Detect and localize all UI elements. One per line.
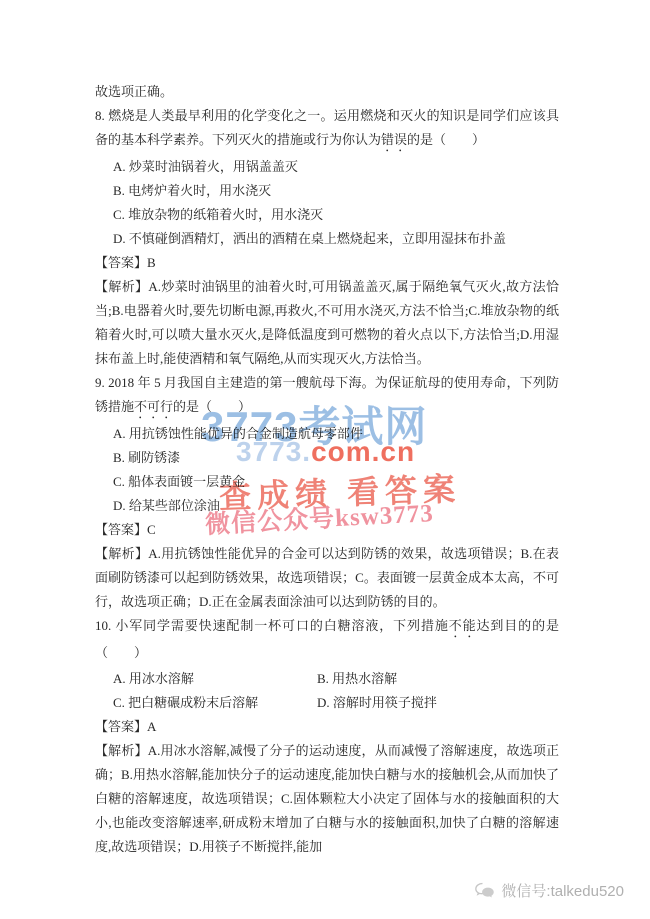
- question-9-option-b: B. 刷防锈漆: [95, 446, 559, 470]
- question-8-option-d: D. 不慎碰倒酒精灯，洒出的酒精在桌上燃烧起来，立即用湿抹布扑盖: [95, 227, 559, 251]
- text-run: 【答案】A: [95, 719, 156, 734]
- option: C. 把白糖碾成粉末后溶解: [113, 691, 317, 715]
- question-10-stem: 10. 小军同学需要快速配制一杯可口的白糖溶液，下列措施不能达到目的的是（ ）: [95, 614, 559, 665]
- option-row: C. 把白糖碾成粉末后溶解D. 溶解时用筷子搅拌: [113, 691, 559, 715]
- text-run: A. 用抗锈蚀性能优异的合金制造航母零部件: [113, 426, 363, 441]
- text-run: C. 船体表面镀一层黄金: [113, 474, 245, 489]
- question-9-option-c: C. 船体表面镀一层黄金: [95, 470, 559, 494]
- option: A. 用冰水溶解: [113, 667, 317, 691]
- option: D. 溶解时用筷子搅拌: [317, 691, 437, 715]
- question-9-stem: 9. 2018 年 5 月我国自主建造的第一艘航母下海。为保证航母的使用寿命，下…: [95, 371, 559, 422]
- question-9-answer: 【答案】C: [95, 518, 559, 542]
- option-row: A. 用冰水溶解B. 用热水溶解: [113, 667, 559, 691]
- question-9-analysis: 【解析】A.用抗锈蚀性能优异的合金可以达到防锈的效果，故选项错误；B.在表面刷防…: [95, 542, 559, 614]
- text-run: A. 炒菜时油锅着火，用锅盖盖灭: [113, 159, 298, 174]
- question-9-option-d: D. 给某些部位涂油: [95, 494, 559, 518]
- text-run: D. 给某些部位涂油: [113, 498, 220, 513]
- question-8-answer: 【答案】B: [95, 251, 559, 275]
- question-8-option-a: A. 炒菜时油锅着火，用锅盖盖灭: [95, 155, 559, 179]
- text-run: 8. 燃烧是人类最早利用的化学变化之一。运用燃烧和灭火的知识是同学们应该具备的基…: [95, 108, 559, 147]
- text-run: 【解析】A.用冰水溶解,减慢了分子的运动速度，从而减慢了溶解速度，故选项正确；B…: [95, 743, 559, 854]
- question-9-option-a: A. 用抗锈蚀性能优异的合金制造航母零部件: [95, 422, 559, 446]
- text-run: 【解析】A.用抗锈蚀性能优异的合金可以达到防锈的效果，故选项错误；B.在表面刷防…: [95, 546, 559, 609]
- text-run: 故选项正确。: [95, 84, 173, 99]
- question-10-analysis: 【解析】A.用冰水溶解,减慢了分子的运动速度，从而减慢了溶解速度，故选项正确；B…: [95, 739, 559, 859]
- text-run: 【答案】C: [95, 522, 156, 537]
- emphasized-text: 错误: [381, 132, 407, 147]
- question-8-analysis: 【解析】A.炒菜时油锅里的油着火时,可用锅盖盖灭,属于隔绝氧气灭火,故方法恰当;…: [95, 275, 559, 371]
- wechat-icon: [475, 882, 495, 900]
- question-8-stem: 8. 燃烧是人类最早利用的化学变化之一。运用燃烧和灭火的知识是同学们应该具备的基…: [95, 104, 559, 155]
- text-run: B. 电烤炉着火时，用水浇灭: [113, 183, 271, 198]
- text-run: C. 堆放杂物的纸箱着火时，用水浇灭: [113, 207, 323, 222]
- text-run: 的是（ ）: [173, 399, 251, 414]
- emphasized-text: 不可行: [134, 399, 173, 414]
- option: B. 用热水溶解: [317, 667, 397, 691]
- document-content: 故选项正确。8. 燃烧是人类最早利用的化学变化之一。运用燃烧和灭火的知识是同学们…: [95, 80, 559, 859]
- question-10-answer: 【答案】A: [95, 715, 559, 739]
- analysis-tail-paragraph: 故选项正确。: [95, 80, 559, 104]
- question-10-options: A. 用冰水溶解B. 用热水溶解C. 把白糖碾成粉末后溶解D. 溶解时用筷子搅拌: [95, 667, 559, 715]
- text-run: 10. 小军同学需要快速配制一杯可口的白糖溶液，下列措施: [95, 618, 449, 633]
- footer-wechat-label: 微信号:talkedu520: [501, 880, 624, 901]
- text-run: 的是（ ）: [407, 132, 485, 147]
- question-8-option-c: C. 堆放杂物的纸箱着火时，用水浇灭: [95, 203, 559, 227]
- footer-wechat: 微信号:talkedu520: [475, 880, 624, 901]
- text-run: 【解析】A.炒菜时油锅里的油着火时,可用锅盖盖灭,属于隔绝氧气灭火,故方法恰当;…: [95, 279, 559, 366]
- emphasized-text: 不能: [449, 618, 477, 633]
- text-run: 【答案】B: [95, 255, 156, 270]
- question-8-option-b: B. 电烤炉着火时，用水浇灭: [95, 179, 559, 203]
- text-run: B. 刷防锈漆: [113, 450, 180, 465]
- text-run: D. 不慎碰倒酒精灯，洒出的酒精在桌上燃烧起来，立即用湿抹布扑盖: [113, 231, 506, 246]
